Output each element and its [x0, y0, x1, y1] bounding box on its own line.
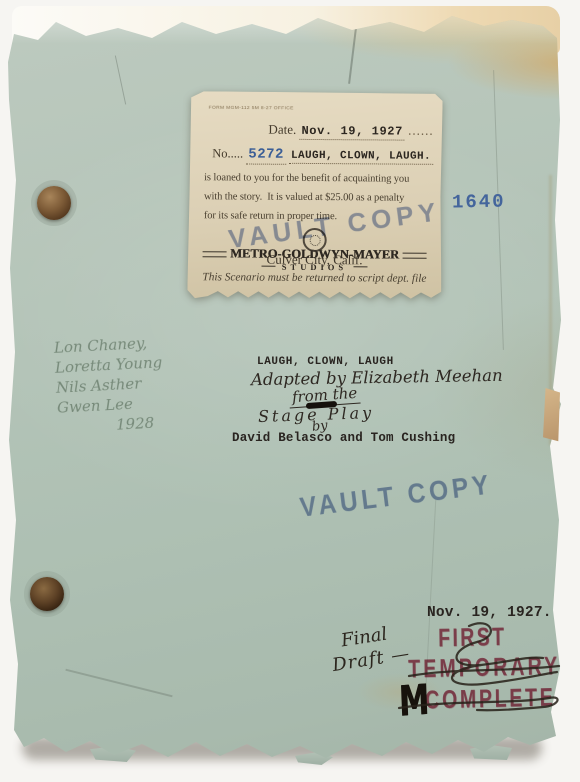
scenario-number: 5272: [246, 147, 286, 165]
return-notice: This Scenario must be returned to script…: [187, 271, 441, 285]
paper-crease: [115, 55, 126, 104]
number-label: No.....: [212, 146, 243, 160]
date-label: Date.: [268, 122, 296, 137]
date-value: Nov. 19, 1927: [299, 124, 405, 141]
paper-crease: [65, 669, 172, 698]
loan-card-wrap: FORM MGM-112 5M 8-27 OFFICE Date. Nov. 1…: [188, 92, 442, 299]
number-line: No..... 5272 LAUGH, CLOWN, LAUGH.: [188, 146, 466, 164]
brass-fastener-bottom: [30, 577, 64, 611]
ink-scribble: [385, 612, 570, 732]
studio-city: Culver City, Calif.: [187, 251, 441, 269]
pencil-cast-note: Lon Chaney, Loretta Young Nils Asther Gw…: [53, 333, 165, 438]
brass-fastener-top: [37, 186, 71, 220]
torn-edge-flap: [543, 388, 560, 444]
catalog-number: 1640: [452, 191, 506, 214]
typed-film-title: LAUGH, CLOWN, LAUGH: [257, 356, 394, 368]
dot-leaders: ......: [408, 123, 434, 138]
script-cover-photograph: FORM MGM-112 5M 8-27 OFFICE Date. Nov. 1…: [0, 0, 580, 782]
typed-authors: David Belasco and Tom Cushing: [232, 431, 455, 445]
pencil-year: 1928: [116, 413, 166, 435]
card-title: LAUGH, CLOWN, LAUGH.: [289, 150, 433, 165]
loan-card: FORM MGM-112 5M 8-27 OFFICE Date. Nov. 1…: [187, 91, 442, 300]
form-number: FORM MGM-112 5M 8-27 OFFICE: [209, 104, 294, 110]
